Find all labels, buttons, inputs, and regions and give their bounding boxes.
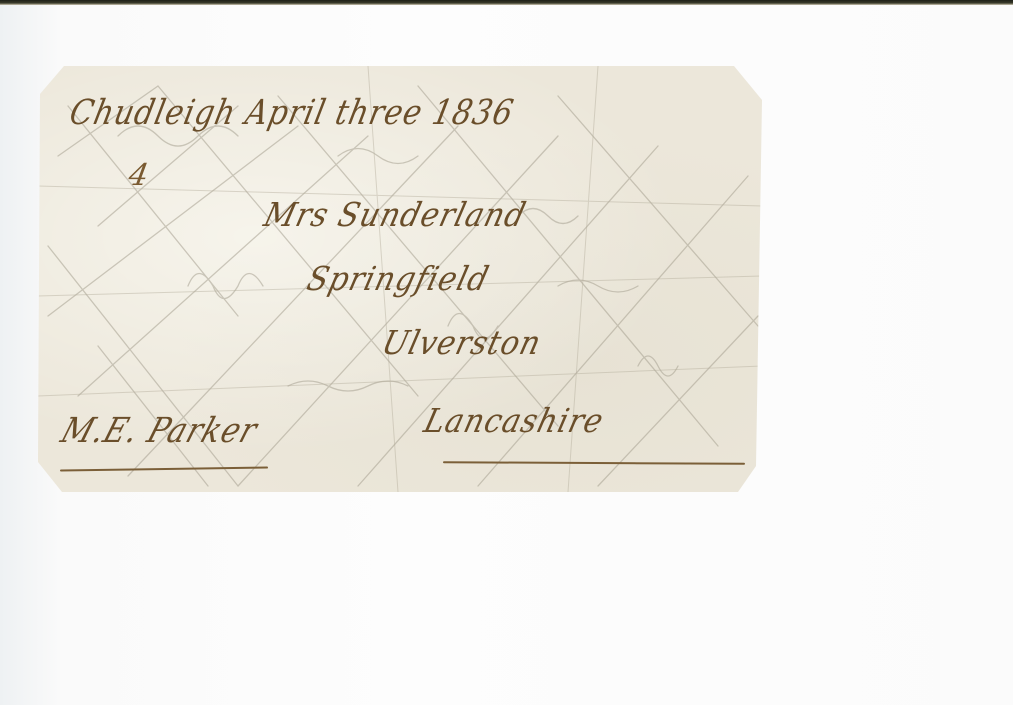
address-line-2: Ulverston xyxy=(378,325,545,364)
sender-signature: M.E. Parker xyxy=(56,411,263,451)
letter-cover: Chudleigh April three 1836 4 Mrs Sunderl… xyxy=(38,66,762,492)
scan-bed: Chudleigh April three 1836 4 Mrs Sunderl… xyxy=(0,0,1013,705)
address-line-1: Springfield xyxy=(303,261,493,300)
addressee-name: Mrs Sunderland xyxy=(260,197,530,236)
address-county: Lancashire xyxy=(420,403,608,442)
scanner-edge xyxy=(0,0,1013,5)
place-date-line: Chudleigh April three 1836 xyxy=(66,93,517,133)
